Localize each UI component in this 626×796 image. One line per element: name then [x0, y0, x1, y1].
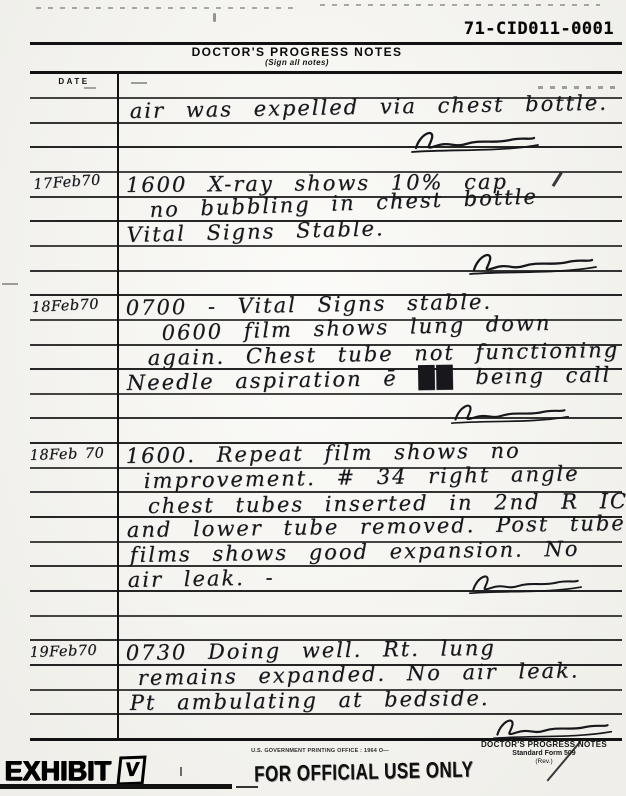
- scan-artifact: [2, 283, 18, 285]
- exhibit-stamp-mark: V: [116, 756, 147, 786]
- note-line: air was expelled via chest bottle.: [130, 91, 609, 123]
- scan-artifact: [213, 13, 216, 22]
- signature-scrawl: [400, 126, 550, 156]
- scan-artifact: [320, 4, 600, 6]
- scan-artifact: [538, 86, 620, 89]
- entry-date: 19Feb70: [29, 643, 97, 661]
- for-official-use-only-stamp: FOR OFFICIAL USE ONLY: [254, 757, 474, 788]
- signature-scrawl: [468, 570, 583, 597]
- ruled-line: [30, 565, 622, 567]
- ruled-line: [30, 122, 622, 124]
- progress-notes-scanned-page: 71-CID011-0001 DOCTOR'S PROGRESS NOTES (…: [0, 0, 626, 796]
- signature-scrawl: [450, 399, 570, 427]
- form-id-rev: (Rev.): [468, 758, 620, 765]
- note-line: films shows good expansion. No: [130, 537, 580, 567]
- note-line: air leak. -: [128, 565, 275, 592]
- form-title: DOCTOR'S PROGRESS NOTES: [0, 45, 610, 59]
- note-line: Pt ambulating at bedside.: [130, 686, 490, 715]
- scan-artifact: [131, 82, 147, 84]
- signature-scrawl: [468, 248, 598, 278]
- exhibit-underline-bar: [0, 784, 232, 789]
- date-column-header: DATE: [30, 77, 118, 86]
- gpo-print-line: U.S. GOVERNMENT PRINTING OFFICE : 1964 O…: [170, 748, 470, 754]
- ruled-line: [30, 615, 622, 617]
- entry-date: 18Feb70: [31, 296, 99, 316]
- exhibit-stamp: EXHIBIT V: [4, 756, 145, 785]
- pen-mark: [552, 172, 563, 187]
- entry-date: 17Feb70: [33, 172, 101, 193]
- ruled-line: [30, 393, 622, 395]
- form-subtitle: (Sign all notes): [0, 58, 610, 67]
- scan-artifact: [84, 87, 96, 89]
- form-identification-block: DOCTOR'S PROGRESS NOTES Standard Form 50…: [468, 740, 620, 765]
- document-number-stamp: 71-CID011-0001: [378, 19, 614, 39]
- signature-scrawl: [490, 714, 615, 742]
- exhibit-stamp-label: EXHIBIT: [4, 756, 111, 785]
- ruled-line: [30, 245, 622, 247]
- scan-artifact: [36, 7, 296, 9]
- entry-date: 18Feb 70: [29, 445, 104, 464]
- form-id-title: DOCTOR'S PROGRESS NOTES: [468, 740, 620, 749]
- form-id-name: Standard Form 509: [468, 750, 620, 757]
- scan-artifact: [180, 767, 182, 776]
